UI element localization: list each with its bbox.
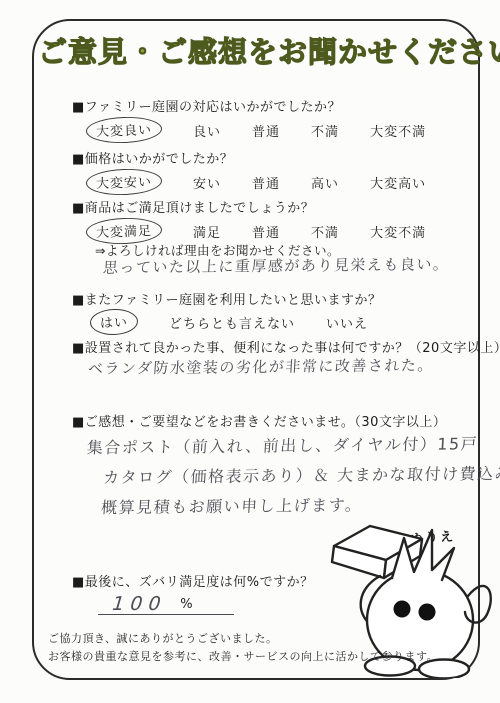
page-title: ご意見・ご感想をお聞かせください [38, 30, 468, 71]
option[interactable]: 大変不満 [370, 121, 426, 140]
satisfaction-answer-line[interactable]: 100 % [98, 588, 234, 615]
mascot-eye [419, 604, 436, 621]
option[interactable]: 普通 [252, 173, 280, 192]
question-6-handwritten-answer: 集合ポスト（前入れ、前出し、ダイヤル付）15戸 カタログ（価格表示あり）＆ 大ま… [82, 429, 500, 524]
question-4-options: はい どちらとも言えない いいえ [90, 309, 368, 335]
question-4-label: ■またファミリー庭園を利用したいと思いますか？ [72, 289, 382, 308]
option[interactable]: 普通 [252, 121, 280, 140]
option[interactable]: 不満 [311, 121, 339, 140]
question-1-options: 大変良い 良い 普通 不満 大変不満 [86, 117, 426, 143]
option[interactable]: いいえ [326, 313, 368, 332]
handwritten-line: カタログ（価格表示あり）＆ 大まかな取付け費込みの [84, 459, 500, 494]
option[interactable]: 高い [311, 173, 339, 192]
question-2-options: 大変安い 安い 普通 高い 大変高い [86, 169, 426, 195]
question-1-label: ■ファミリー庭園の対応はいかがでしたか？ [72, 96, 341, 115]
question-2-label: ■価格はいかがでしたか？ [72, 148, 233, 167]
option[interactable]: 普通 [252, 222, 280, 241]
option[interactable]: 安い [193, 173, 221, 192]
question-6-label: ■ご感想・ご要望などをお書きくださいませ。（30文字以上） [72, 411, 446, 430]
option-selected-circle[interactable]: 大変良い [86, 116, 163, 145]
option[interactable]: どちらとも言えない [169, 313, 295, 332]
mascot-eye [394, 601, 411, 618]
handwritten-line: 集合ポスト（前入れ、前出し、ダイヤル付）15戸 [86, 429, 500, 464]
question-5-label: ■設置されて良かった事、便利になった事は何ですか？（20文字以上） [72, 337, 500, 356]
option[interactable]: 満足 [193, 222, 221, 241]
question-3-label: ■商品はご満足頂けましたでしょうか？ [72, 197, 314, 216]
option[interactable]: 良い [193, 121, 221, 140]
satisfaction-value-handwritten: 100 [109, 595, 169, 614]
option[interactable]: 大変不満 [370, 222, 426, 241]
option-selected-circle[interactable]: 大変安い [86, 168, 163, 197]
percent-sign: % [180, 597, 192, 614]
option-selected-circle[interactable]: はい [90, 308, 139, 336]
question-5-handwritten-answer: ベランダ防水塗装の劣化が非常に改善された。 [87, 354, 434, 379]
option[interactable]: 不満 [311, 222, 339, 241]
footer-line-1: ご協力頂き、誠にありがとうございました。 [48, 630, 438, 648]
option[interactable]: 大変高い [370, 173, 426, 192]
footer-thanks: ご協力頂き、誠にありがとうございました。 お客様の貴重な意見を参考に、改善・サー… [48, 630, 438, 665]
footer-line-2: お客様の貴重な意見を参考に、改善・サービスの向上に活かして参ります。 [48, 648, 438, 666]
question-3-handwritten-answer: 思っていた以上に重厚感があり見栄えも良い。 [102, 253, 450, 278]
